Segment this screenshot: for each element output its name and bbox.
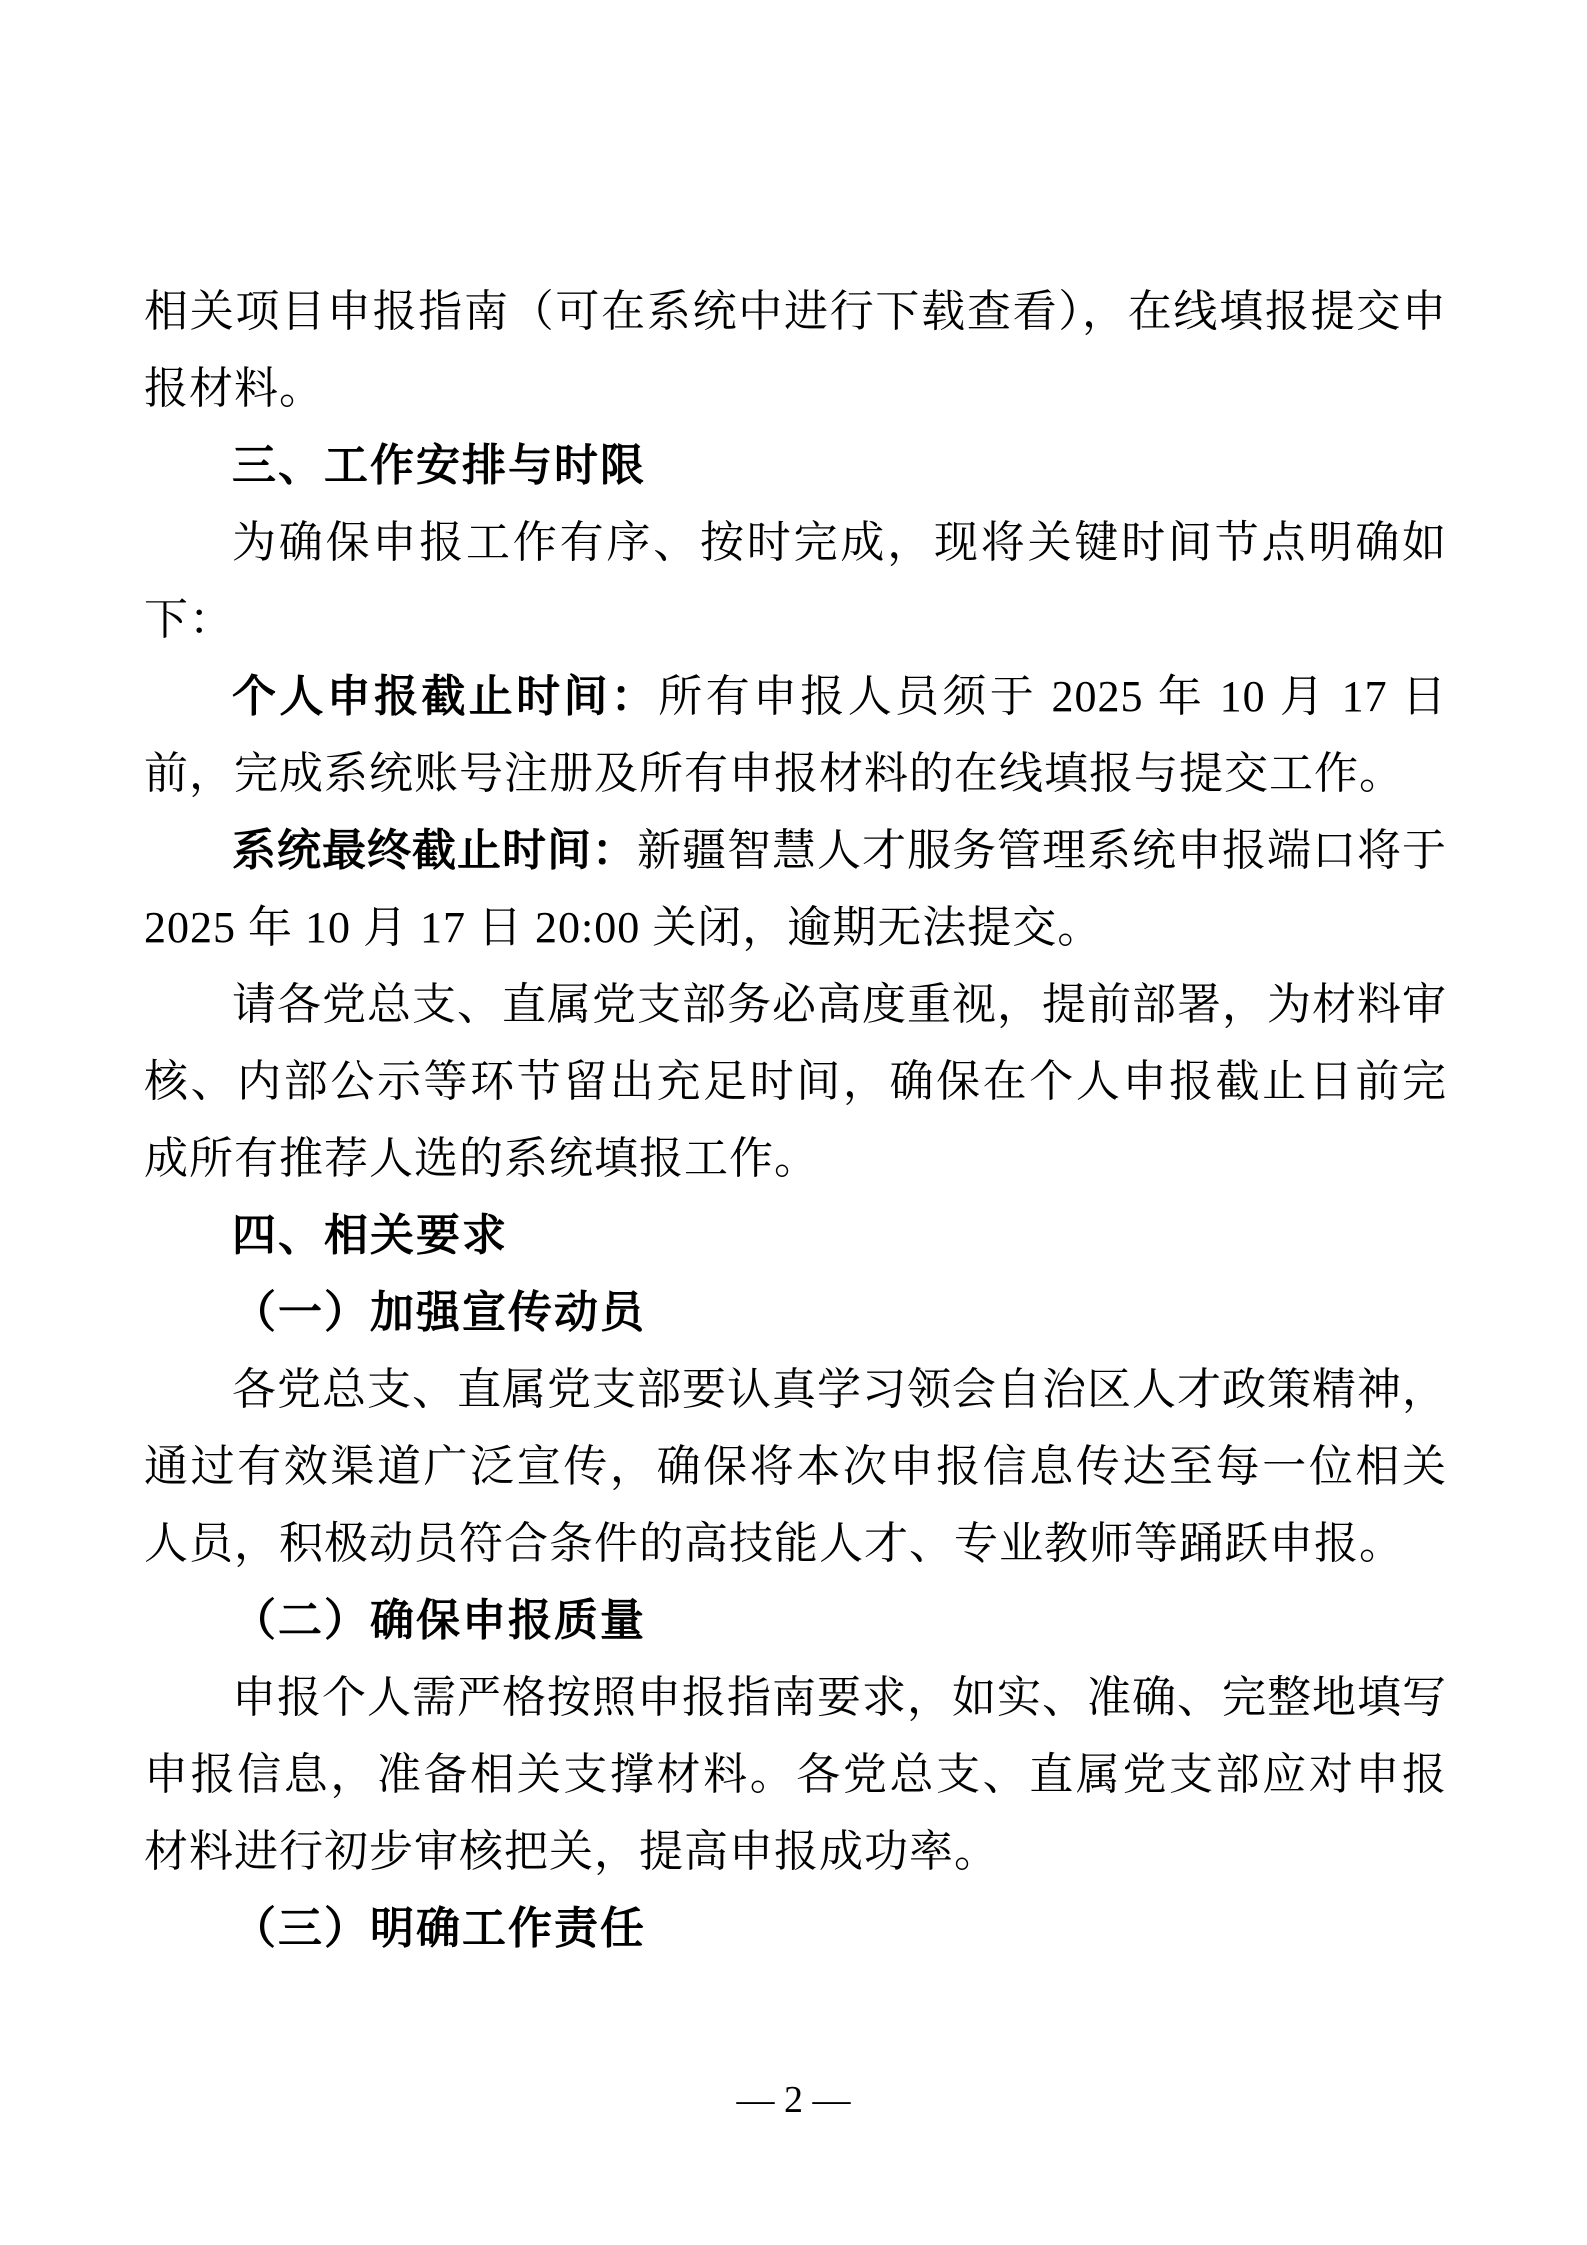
- subsection-heading-3: （三）明确工作责任: [144, 1890, 1447, 1967]
- page-number: — 2 —: [0, 2078, 1587, 2122]
- section-heading-4: 四、相关要求: [144, 1197, 1447, 1274]
- paragraph-publicity: 各党总支、直属党支部要认真学习领会自治区人才政策精神，通过有效渠道广泛宣传，确保…: [144, 1351, 1447, 1582]
- subsection-heading-1: （一）加强宣传动员: [144, 1274, 1447, 1351]
- paragraph-continuation: 相关项目申报指南（可在系统中进行下载查看），在线填报提交申报材料。: [144, 273, 1447, 427]
- section-heading-3: 三、工作安排与时限: [144, 427, 1447, 504]
- paragraph-personal-deadline: 个人申报截止时间：所有申报人员须于 2025 年 10 月 17 日前，完成系统…: [144, 658, 1447, 812]
- paragraph-branch-notice: 请各党总支、直属党支部务必高度重视，提前部署，为材料审核、内部公示等环节留出充足…: [144, 966, 1447, 1197]
- paragraph-system-deadline: 系统最终截止时间：新疆智慧人才服务管理系统申报端口将于 2025 年 10 月 …: [144, 812, 1447, 966]
- paragraph-schedule-intro: 为确保申报工作有序、按时完成，现将关键时间节点明确如下：: [144, 504, 1447, 658]
- paragraph-lead-personal-deadline: 个人申报截止时间：: [232, 672, 658, 721]
- paragraph-lead-system-deadline: 系统最终截止时间：: [232, 826, 637, 875]
- paragraph-quality: 申报个人需严格按照申报指南要求，如实、准确、完整地填写申报信息，准备相关支撑材料…: [144, 1659, 1447, 1890]
- document-page: 相关项目申报指南（可在系统中进行下载查看），在线填报提交申报材料。 三、工作安排…: [0, 0, 1587, 2245]
- subsection-heading-2: （二）确保申报质量: [144, 1582, 1447, 1659]
- document-body: 相关项目申报指南（可在系统中进行下载查看），在线填报提交申报材料。 三、工作安排…: [144, 273, 1447, 1967]
